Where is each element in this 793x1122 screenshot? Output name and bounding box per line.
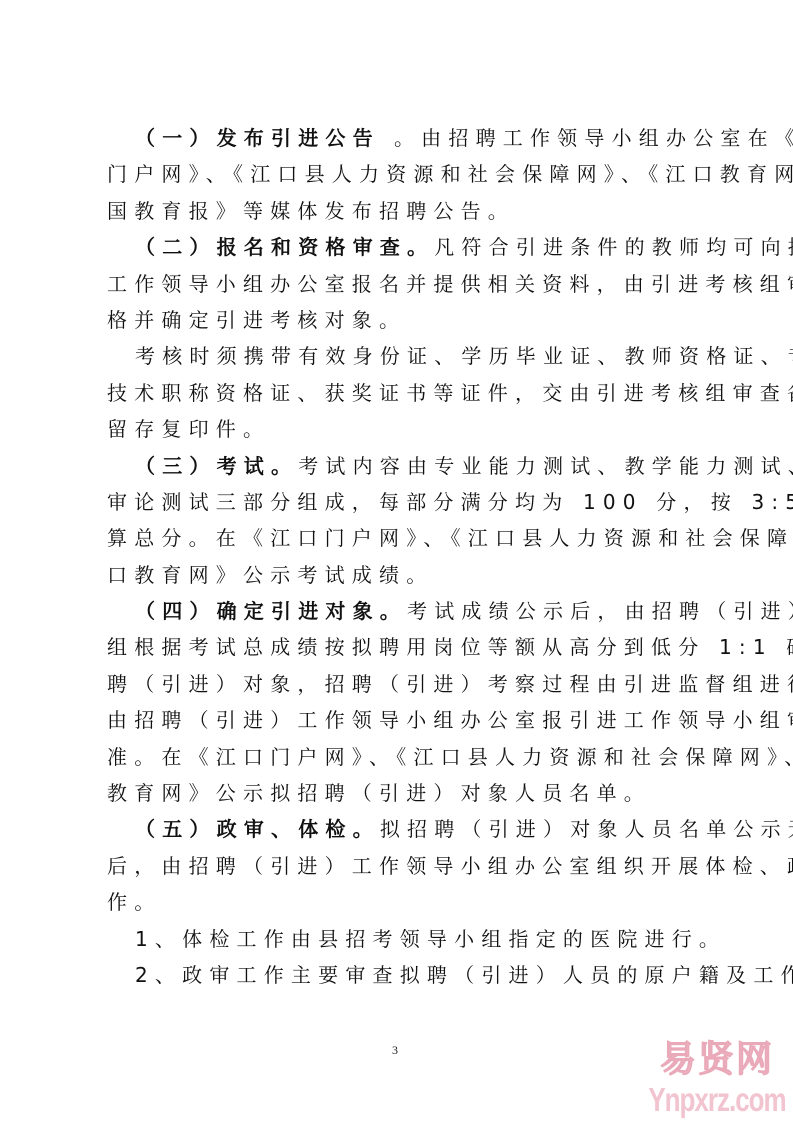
paragraph-line: 准。在《江口门户网》、《江口县人力资源和社会保障网》、《江口 xyxy=(107,739,699,775)
line-text: 格并确定引进考核对象。 xyxy=(107,308,406,332)
section-heading: （二）报名和资格审查。 xyxy=(135,235,434,259)
line-text: 算总分。在《江口门户网》、《江口县人力资源和社会保障网》、《江 xyxy=(107,526,793,550)
paragraph-first-line: 考核时须携带有效身份证、学历毕业证、教师资格证、专业 xyxy=(107,338,699,374)
paragraph-line: 国教育报》等媒体发布招聘公告。 xyxy=(107,193,699,229)
paragraph-first-line: （五）政审、体检。拟招聘（引进）对象人员名单公示无异议 xyxy=(107,811,699,847)
paragraph-first-line: （一）发布引进公告 。由招聘工作领导小组办公室在《江口 xyxy=(107,120,699,156)
line-text: 考试成绩公示后，由招聘（引进）考核 xyxy=(407,599,793,623)
document-page: （一）发布引进公告 。由招聘工作领导小组办公室在《江口门户网》、《江口县人力资源… xyxy=(0,0,793,1122)
line-text: 门户网》、《江口县人力资源和社会保障网》、《江口教育网》和《中 xyxy=(107,162,793,186)
paragraph-line: 组根据考试总成绩按拟聘用岗位等额从高分到低分 1:1 确定拟招 xyxy=(107,629,699,665)
line-text: 审论测试三部分组成，每部分满分均为 100 分，按 3:5:2 权重计 xyxy=(107,490,793,514)
paragraph-line: 留存复印件。 xyxy=(107,411,699,447)
paragraph-line: 由招聘（引进）工作领导小组办公室报引进工作领导小组审查批 xyxy=(107,702,699,738)
line-text: 由招聘（引进）工作领导小组办公室报引进工作领导小组审查批 xyxy=(107,708,793,732)
line-text: 组根据考试总成绩按拟聘用岗位等额从高分到低分 1:1 确定拟招 xyxy=(107,635,793,659)
line-text: 工作领导小组办公室报名并提供相关资料，由引进考核组审查资 xyxy=(107,272,793,296)
line-text: 1、体检工作由县招考领导小组指定的医院进行。 xyxy=(135,927,726,951)
watermark-logo: 易贤网 Ynpxrz.com xyxy=(642,1040,792,1120)
line-text: 国教育报》等媒体发布招聘公告。 xyxy=(107,199,515,223)
line-text: 作。 xyxy=(107,890,161,914)
paragraph-line: 格并确定引进考核对象。 xyxy=(107,302,699,338)
paragraph-line: 口教育网》公示考试成绩。 xyxy=(107,557,699,593)
paragraph-first-line: （三）考试。考试内容由专业能力测试、教学能力测试、教育 xyxy=(107,448,699,484)
paragraph-first-line: 1、体检工作由县招考领导小组指定的医院进行。 xyxy=(107,921,699,957)
paragraph-first-line: 2、政审工作主要审查拟聘（引进）人员的原户籍及工作所在 xyxy=(107,957,699,993)
line-text: 准。在《江口门户网》、《江口县人力资源和社会保障网》、《江口 xyxy=(107,745,793,769)
line-text: 拟招聘（引进）对象人员名单公示无异议 xyxy=(380,817,793,841)
watermark-chinese: 易贤网 xyxy=(642,1040,792,1080)
paragraph-line: 算总分。在《江口门户网》、《江口县人力资源和社会保障网》、《江 xyxy=(107,520,699,556)
line-text: 口教育网》公示考试成绩。 xyxy=(107,563,433,587)
section-heading: （四）确定引进对象。 xyxy=(135,599,407,623)
line-text: 凡符合引进条件的教师均可向招聘 xyxy=(434,235,793,259)
line-text: 考核时须携带有效身份证、学历毕业证、教师资格证、专业 xyxy=(135,344,793,368)
document-body: （一）发布引进公告 。由招聘工作领导小组办公室在《江口门户网》、《江口县人力资源… xyxy=(107,120,699,993)
paragraph-line: 审论测试三部分组成，每部分满分均为 100 分，按 3:5:2 权重计 xyxy=(107,484,699,520)
line-text: 教育网》公示拟招聘（引进）对象人员名单。 xyxy=(107,781,651,805)
page-number: 3 xyxy=(392,1043,398,1058)
paragraph-first-line: （四）确定引进对象。考试成绩公示后，由招聘（引进）考核 xyxy=(107,593,699,629)
section-heading: （五）政审、体检。 xyxy=(135,817,380,841)
paragraph-line: 工作领导小组办公室报名并提供相关资料，由引进考核组审查资 xyxy=(107,266,699,302)
paragraph-first-line: （二）报名和资格审查。凡符合引进条件的教师均可向招聘 xyxy=(107,229,699,265)
paragraph-line: 门户网》、《江口县人力资源和社会保障网》、《江口教育网》和《中 xyxy=(107,156,699,192)
watermark-english: Ynpxrz.com xyxy=(642,1080,792,1119)
line-text: 考试内容由专业能力测试、教学能力测试、教育 xyxy=(298,454,793,478)
paragraph-line: 后，由招聘（引进）工作领导小组办公室组织开展体检、政审工 xyxy=(107,848,699,884)
section-heading: （一）发布引进公告 xyxy=(135,126,394,150)
paragraph-line: 作。 xyxy=(107,884,699,920)
section-heading: （三）考试。 xyxy=(135,454,298,478)
paragraph-line: 聘（引进）对象，招聘（引进）考察过程由引进监督组进行监督， xyxy=(107,666,699,702)
line-text: 留存复印件。 xyxy=(107,417,270,441)
line-text: 技术职称资格证、获奖证书等证件，交由引进考核组审查备案并 xyxy=(107,381,793,405)
line-text: 聘（引进）对象，招聘（引进）考察过程由引进监督组进行监督， xyxy=(107,672,793,696)
paragraph-line: 技术职称资格证、获奖证书等证件，交由引进考核组审查备案并 xyxy=(107,375,699,411)
line-text: 。由招聘工作领导小组办公室在《江口 xyxy=(394,126,793,150)
paragraph-line: 教育网》公示拟招聘（引进）对象人员名单。 xyxy=(107,775,699,811)
line-text: 2、政审工作主要审查拟聘（引进）人员的原户籍及工作所在 xyxy=(135,963,793,987)
line-text: 后，由招聘（引进）工作领导小组办公室组织开展体检、政审工 xyxy=(107,854,793,878)
